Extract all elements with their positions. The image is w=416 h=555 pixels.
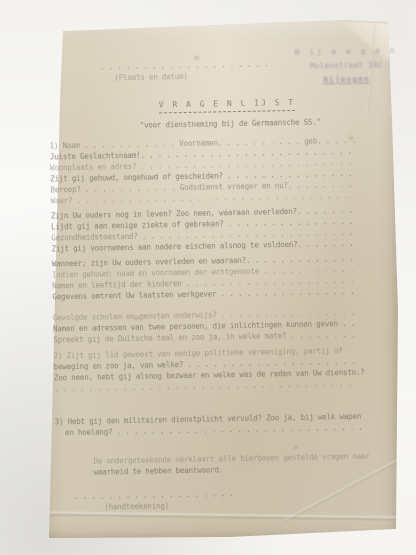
document-subtitle: "voor dienstneming bij de Germaansche SS… xyxy=(49,115,391,132)
document-text-layer: N ij m e g e n Molenstraat 192 Nijmegen … xyxy=(43,10,409,542)
title-row: V R A G E N L IJ S T xyxy=(49,95,391,115)
document-title: V R A G E N L IJ S T xyxy=(159,97,296,113)
questions-block: 1) Naam . . . . . . . . . . . Voornamen.… xyxy=(50,134,397,438)
typewritten-content: . . . . . . . . . . . . . . . . . . . . … xyxy=(48,50,398,513)
photo-background: N ij m e g e n Molenstraat 192 Nijmegen … xyxy=(0,0,416,555)
